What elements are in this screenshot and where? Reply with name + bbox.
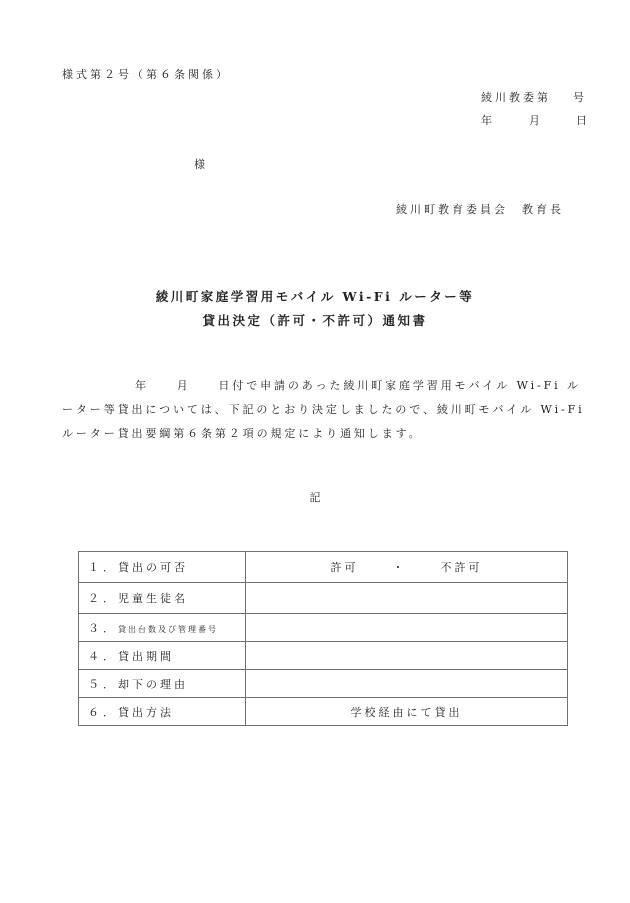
row-label: ４．貸出期間 xyxy=(79,642,246,670)
row-label: ２．児童生徒名 xyxy=(79,583,246,614)
recipient-honorific: 様 xyxy=(194,156,205,172)
row-number: ５． xyxy=(88,678,118,691)
row-number: ３． xyxy=(88,622,118,635)
decision-table: １．貸出の可否 許可・不許可 ２．児童生徒名 ３．貸出台数及び管理番号 ４．貸出… xyxy=(78,551,568,726)
sender-name: 綾川町教育委員会 教育長 xyxy=(396,201,564,217)
date-month-label: 月 xyxy=(529,112,540,128)
table-row: １．貸出の可否 許可・不許可 xyxy=(79,552,568,583)
row-label: ３．貸出台数及び管理番号 xyxy=(79,614,246,642)
row-label-text: 貸出の可否 xyxy=(118,561,188,574)
form-number: 様式第２号（第６条関係） xyxy=(62,66,230,82)
row-number: ６． xyxy=(88,706,118,719)
loan-period-field[interactable] xyxy=(246,642,568,670)
row-number: ４． xyxy=(88,650,118,663)
row-number: ２． xyxy=(88,592,118,605)
row-label-text: 貸出方法 xyxy=(118,706,174,719)
loan-method-value: 学校経由にて貸出 xyxy=(246,698,568,726)
body-text-line3: ルーター貸出要綱第６条第２項の規定により通知します。 xyxy=(62,425,423,441)
table-row: ５．却下の理由 xyxy=(79,670,568,698)
row-label: １．貸出の可否 xyxy=(79,552,246,583)
option-permit[interactable]: 許可 xyxy=(331,561,359,574)
body-text-line2: ーター等貸出については、下記のとおり決定しましたので、綾川町モバイル Wi-Fi xyxy=(62,401,585,417)
date-day-label: 日 xyxy=(576,112,587,128)
ki-heading: 記 xyxy=(0,489,630,505)
rejection-reason-field[interactable] xyxy=(246,670,568,698)
table-row: ６．貸出方法 学校経由にて貸出 xyxy=(79,698,568,726)
document-number-suffix: 号 xyxy=(573,91,587,104)
table-row: ４．貸出期間 xyxy=(79,642,568,670)
document-number: 綾川教委第号 xyxy=(481,89,587,105)
document-title-line2: 貸出決定（許可・不許可）通知書 xyxy=(0,311,630,329)
student-name-field[interactable] xyxy=(246,583,568,614)
row-label-text: 貸出期間 xyxy=(118,650,174,663)
document-number-prefix: 綾川教委第 xyxy=(481,91,551,104)
row-number: １． xyxy=(88,561,118,574)
row-label-text: 児童生徒名 xyxy=(118,592,188,605)
row-label: ６．貸出方法 xyxy=(79,698,246,726)
row-label-text: 却下の理由 xyxy=(118,678,188,691)
device-count-and-id-field[interactable] xyxy=(246,614,568,642)
loan-decision-field[interactable]: 許可・不許可 xyxy=(246,552,568,583)
option-separator: ・ xyxy=(393,561,407,574)
document-title-line1: 綾川町家庭学習用モバイル Wi-Fi ルーター等 xyxy=(0,287,630,305)
date-year-label: 年 xyxy=(481,112,492,128)
row-label: ５．却下の理由 xyxy=(79,670,246,698)
body-text-line1: 年 月 日付で申請のあった綾川町家庭学習用モバイル Wi-Fi ル xyxy=(135,377,581,393)
table-row: ２．児童生徒名 xyxy=(79,583,568,614)
row-label-text: 貸出台数及び管理番号 xyxy=(118,625,218,634)
option-deny[interactable]: 不許可 xyxy=(441,561,483,574)
table-row: ３．貸出台数及び管理番号 xyxy=(79,614,568,642)
document-date: 年月日 xyxy=(481,112,587,128)
